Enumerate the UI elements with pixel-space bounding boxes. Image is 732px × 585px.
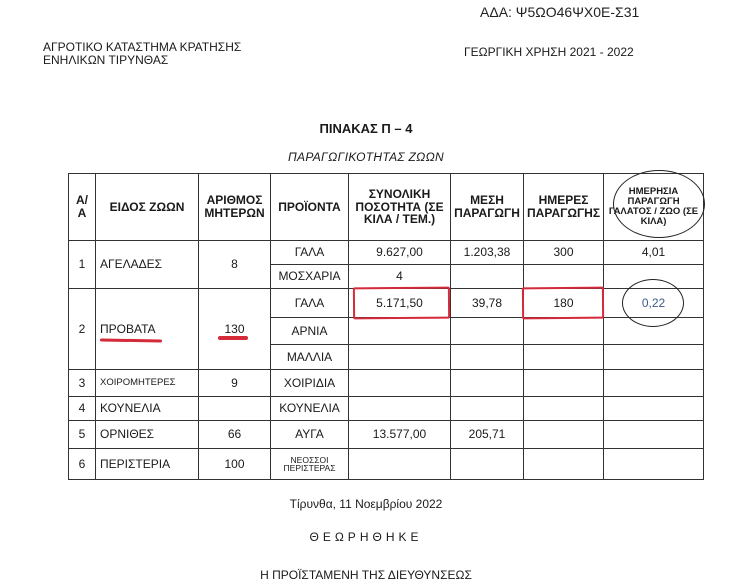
product: ΓΑΛΑ (271, 241, 349, 265)
row-number: 6 (69, 449, 96, 480)
column-header-mothers: ΑΡΙΘΜΟΣ ΜΗΤΕΡΩΝ (199, 174, 271, 241)
average-production: 39,78 (451, 289, 524, 318)
product: ΑΥΓΑ (271, 421, 349, 449)
row-number: 3 (69, 370, 96, 397)
table-row: 3 ΧΟΙΡΟΜΗΤΕΡΕΣ 9 ΧΟΙΡΙΔΙΑ (69, 370, 704, 397)
daily-production (604, 449, 704, 480)
column-header-average-production: ΜΕΣΗ ΠΑΡΑΓΩΓΗ (451, 174, 524, 241)
daily-production (604, 318, 704, 345)
daily-production: 0,22 (604, 289, 704, 318)
table-title: ΠΙΝΑΚΑΣ Π – 4 (0, 121, 732, 136)
product: ΑΡΝΙΑ (271, 318, 349, 345)
product: ΓΑΛΑ (271, 289, 349, 318)
production-days (524, 397, 604, 421)
row-number: 4 (69, 397, 96, 421)
place-date: Τίρυνθα, 11 Νοεμβρίου 2022 (0, 497, 732, 511)
seen-stamp-text: ΘΕΩΡΗΘΗΚΕ (0, 530, 732, 544)
signatory-title: Η ΠΡΟΪΣΤΑΜΕΝΗ ΤΗΣ ΔΙΕΥΘΥΝΣΕΩΣ (0, 568, 732, 582)
animal-type: ΚΟΥΝΕΛΙΑ (96, 397, 199, 421)
product: ΜΟΣΧΑΡΙΑ (271, 265, 349, 289)
table-row: 2 ΠΡΟΒΑΤΑ 130 ΓΑΛΑ 5.171,50 39,78 180 0,… (69, 289, 704, 318)
total-quantity (349, 397, 451, 421)
production-days (524, 318, 604, 345)
total-quantity (349, 345, 451, 370)
organization-name-line2: ΕΝΗΛΙΚΩΝ ΤΙΡΥΝΘΑΣ (43, 53, 168, 67)
animal-type: ΟΡΝΙΘΕΣ (96, 421, 199, 449)
fiscal-year: ΓΕΩΡΓΙΚΗ ΧΡΗΣΗ 2021 - 2022 (464, 45, 634, 59)
column-header-production-days: ΗΜΕΡΕΣ ΠΑΡΑΓΩΓΗΣ (524, 174, 604, 241)
average-production (451, 449, 524, 480)
total-quantity: 5.171,50 (349, 289, 451, 318)
mothers-count: 100 (199, 449, 271, 480)
product: ΚΟΥΝΕΛΙΑ (271, 397, 349, 421)
row-number: 5 (69, 421, 96, 449)
total-quantity (349, 318, 451, 345)
total-quantity: 13.577,00 (349, 421, 451, 449)
daily-production: 4,01 (604, 241, 704, 265)
average-production (451, 265, 524, 289)
product: ΧΟΙΡΙΔΙΑ (271, 370, 349, 397)
production-days: 180 (524, 289, 604, 318)
mothers-count: 130 (199, 289, 271, 370)
daily-production (604, 421, 704, 449)
daily-production (604, 345, 704, 370)
mothers-count: 66 (199, 421, 271, 449)
ada-code: ΑΔΑ: Ψ5ΩΟ46ΨΧ0Ε-Σ31 (480, 4, 639, 20)
table-subtitle: ΠΑΡΑΓΩΓΙΚΟΤΗΤΑΣ ΖΩΩΝ (0, 150, 732, 164)
total-quantity (349, 449, 451, 480)
product: ΜΑΛΛΙΑ (271, 345, 349, 370)
production-days (524, 449, 604, 480)
total-quantity (349, 370, 451, 397)
column-header-aa: Α/Α (69, 174, 96, 241)
animal-type: ΠΕΡΙΣΤΕΡΙΑ (96, 449, 199, 480)
production-days (524, 421, 604, 449)
animal-type: ΠΡΟΒΑΤΑ (96, 289, 199, 370)
organization-name-line1: ΑΓΡΟΤΙΚΟ ΚΑΤΑΣΤΗΜΑ ΚΡΑΤΗΣΗΣ (43, 40, 241, 54)
table-row: 5 ΟΡΝΙΘΕΣ 66 ΑΥΓΑ 13.577,00 205,71 (69, 421, 704, 449)
mothers-count: 9 (199, 370, 271, 397)
animal-type: ΑΓΕΛΑΔΕΣ (96, 241, 199, 289)
production-days: 300 (524, 241, 604, 265)
daily-production (604, 397, 704, 421)
production-days (524, 370, 604, 397)
column-header-total-quantity: ΣΥΝΟΛΙΚΗ ΠΟΣΟΤΗΤΑ (ΣΕ ΚΙΛΑ / ΤΕΜ.) (349, 174, 451, 241)
table-row: 1 ΑΓΕΛΑΔΕΣ 8 ΓΑΛΑ 9.627,00 1.203,38 300 … (69, 241, 704, 265)
average-production (451, 318, 524, 345)
row-number: 2 (69, 289, 96, 370)
animal-type: ΧΟΙΡΟΜΗΤΕΡΕΣ (96, 370, 199, 397)
average-production (451, 370, 524, 397)
average-production (451, 345, 524, 370)
mothers-count: 8 (199, 241, 271, 289)
column-header-daily-milk-per-animal: ΗΜΕΡΗΣΙΑ ΠΑΡΑΓΩΓΗ ΓΑΛΑΤΟΣ / ΖΩΟ (ΣΕ ΚΙΛΑ… (604, 174, 704, 241)
average-production (451, 397, 524, 421)
total-quantity: 9.627,00 (349, 241, 451, 265)
row-number: 1 (69, 241, 96, 289)
table-row: 6 ΠΕΡΙΣΤΕΡΙΑ 100 ΝΕΟΣΣΟΙ ΠΕΡΙΣΤΕΡΑΣ (69, 449, 704, 480)
average-production: 205,71 (451, 421, 524, 449)
production-days (524, 345, 604, 370)
productivity-table: Α/Α ΕΙΔΟΣ ΖΩΩΝ ΑΡΙΘΜΟΣ ΜΗΤΕΡΩΝ ΠΡΟΪΟΝΤΑ … (68, 173, 704, 480)
daily-production (604, 265, 704, 289)
table-row: 4 ΚΟΥΝΕΛΙΑ ΚΟΥΝΕΛΙΑ (69, 397, 704, 421)
average-production: 1.203,38 (451, 241, 524, 265)
column-header-products: ΠΡΟΪΟΝΤΑ (271, 174, 349, 241)
mothers-count (199, 397, 271, 421)
product: ΝΕΟΣΣΟΙ ΠΕΡΙΣΤΕΡΑΣ (271, 449, 349, 480)
total-quantity: 4 (349, 265, 451, 289)
production-days (524, 265, 604, 289)
column-header-animal-type: ΕΙΔΟΣ ΖΩΩΝ (96, 174, 199, 241)
daily-production (604, 370, 704, 397)
table-header-row: Α/Α ΕΙΔΟΣ ΖΩΩΝ ΑΡΙΘΜΟΣ ΜΗΤΕΡΩΝ ΠΡΟΪΟΝΤΑ … (69, 174, 704, 241)
